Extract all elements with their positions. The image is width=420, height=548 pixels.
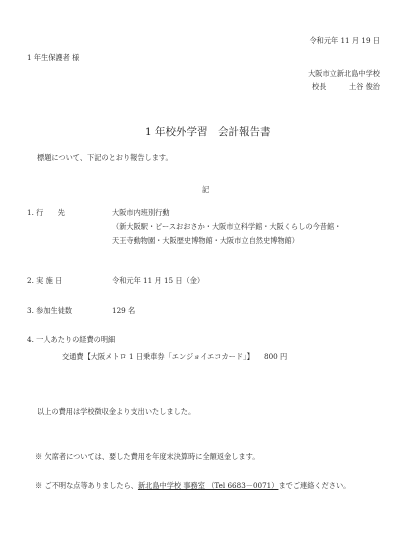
expense-name: 交通費【大阪メトロ 1 日乗車券「エンジョイエコカード」】 bbox=[62, 353, 254, 360]
item-label-date: 2. 実 施 日 bbox=[27, 277, 62, 284]
item-label-expenses: 4. 一人あたりの経費の明細 bbox=[27, 336, 115, 343]
destination-line-1: 大阪市内班別行動 bbox=[112, 209, 170, 216]
principal-line: 校長 土谷 俊治 bbox=[312, 83, 380, 90]
closing-text: 以上の費用は学校徴収金より支出いたしました。 bbox=[37, 408, 195, 415]
note-suffix: までご連絡ください。 bbox=[278, 481, 350, 490]
note-text: 欠席者については、要した費用を年度末決算時に全額返金します。 bbox=[45, 452, 260, 461]
note-refund: ※ 欠席者については、要した費用を年度末決算時に全額返金します。 bbox=[35, 453, 259, 460]
item-label-destination: 1. 行 先 bbox=[27, 209, 65, 216]
principal-title: 校長 bbox=[312, 82, 326, 91]
contact-office: 新北島中学校 事務室 （Tel 6683－0071） bbox=[138, 481, 278, 490]
event-date: 令和元年 11 月 15 日（金） bbox=[112, 277, 204, 284]
item-label-participants: 3. 参加生徒数 bbox=[27, 307, 72, 314]
addressee: 1 年生保護者 様 bbox=[27, 54, 79, 61]
destination-line-2: （新大阪駅・ピースおおさか・大阪市立科学館・大阪くらしの今昔館・ bbox=[112, 223, 341, 230]
intro-text: 標題について、下記のとおり報告します。 bbox=[37, 154, 173, 161]
principal-name: 土谷 俊治 bbox=[349, 82, 380, 91]
note-mark: ※ bbox=[35, 452, 42, 461]
ki-heading: 記 bbox=[202, 186, 209, 193]
report-date: 令和元年 11 月 19 日 bbox=[309, 37, 380, 44]
school-name: 大阪市立新北島中学校 bbox=[308, 70, 380, 77]
participant-count: 129 名 bbox=[112, 307, 135, 314]
note-mark: ※ bbox=[35, 481, 42, 490]
expense-amount: 800 円 bbox=[264, 353, 287, 360]
note-prefix: ご不明な点等ありましたら、 bbox=[45, 481, 138, 490]
page-title: 1 年校外学習 会計報告書 bbox=[145, 127, 271, 138]
destination-line-3: 天王寺動物園・大阪歴史博物館・大阪市立自然史博物館） bbox=[112, 237, 299, 244]
note-contact: ※ ご不明な点等ありましたら、新北島中学校 事務室 （Tel 6683－0071… bbox=[35, 482, 350, 489]
